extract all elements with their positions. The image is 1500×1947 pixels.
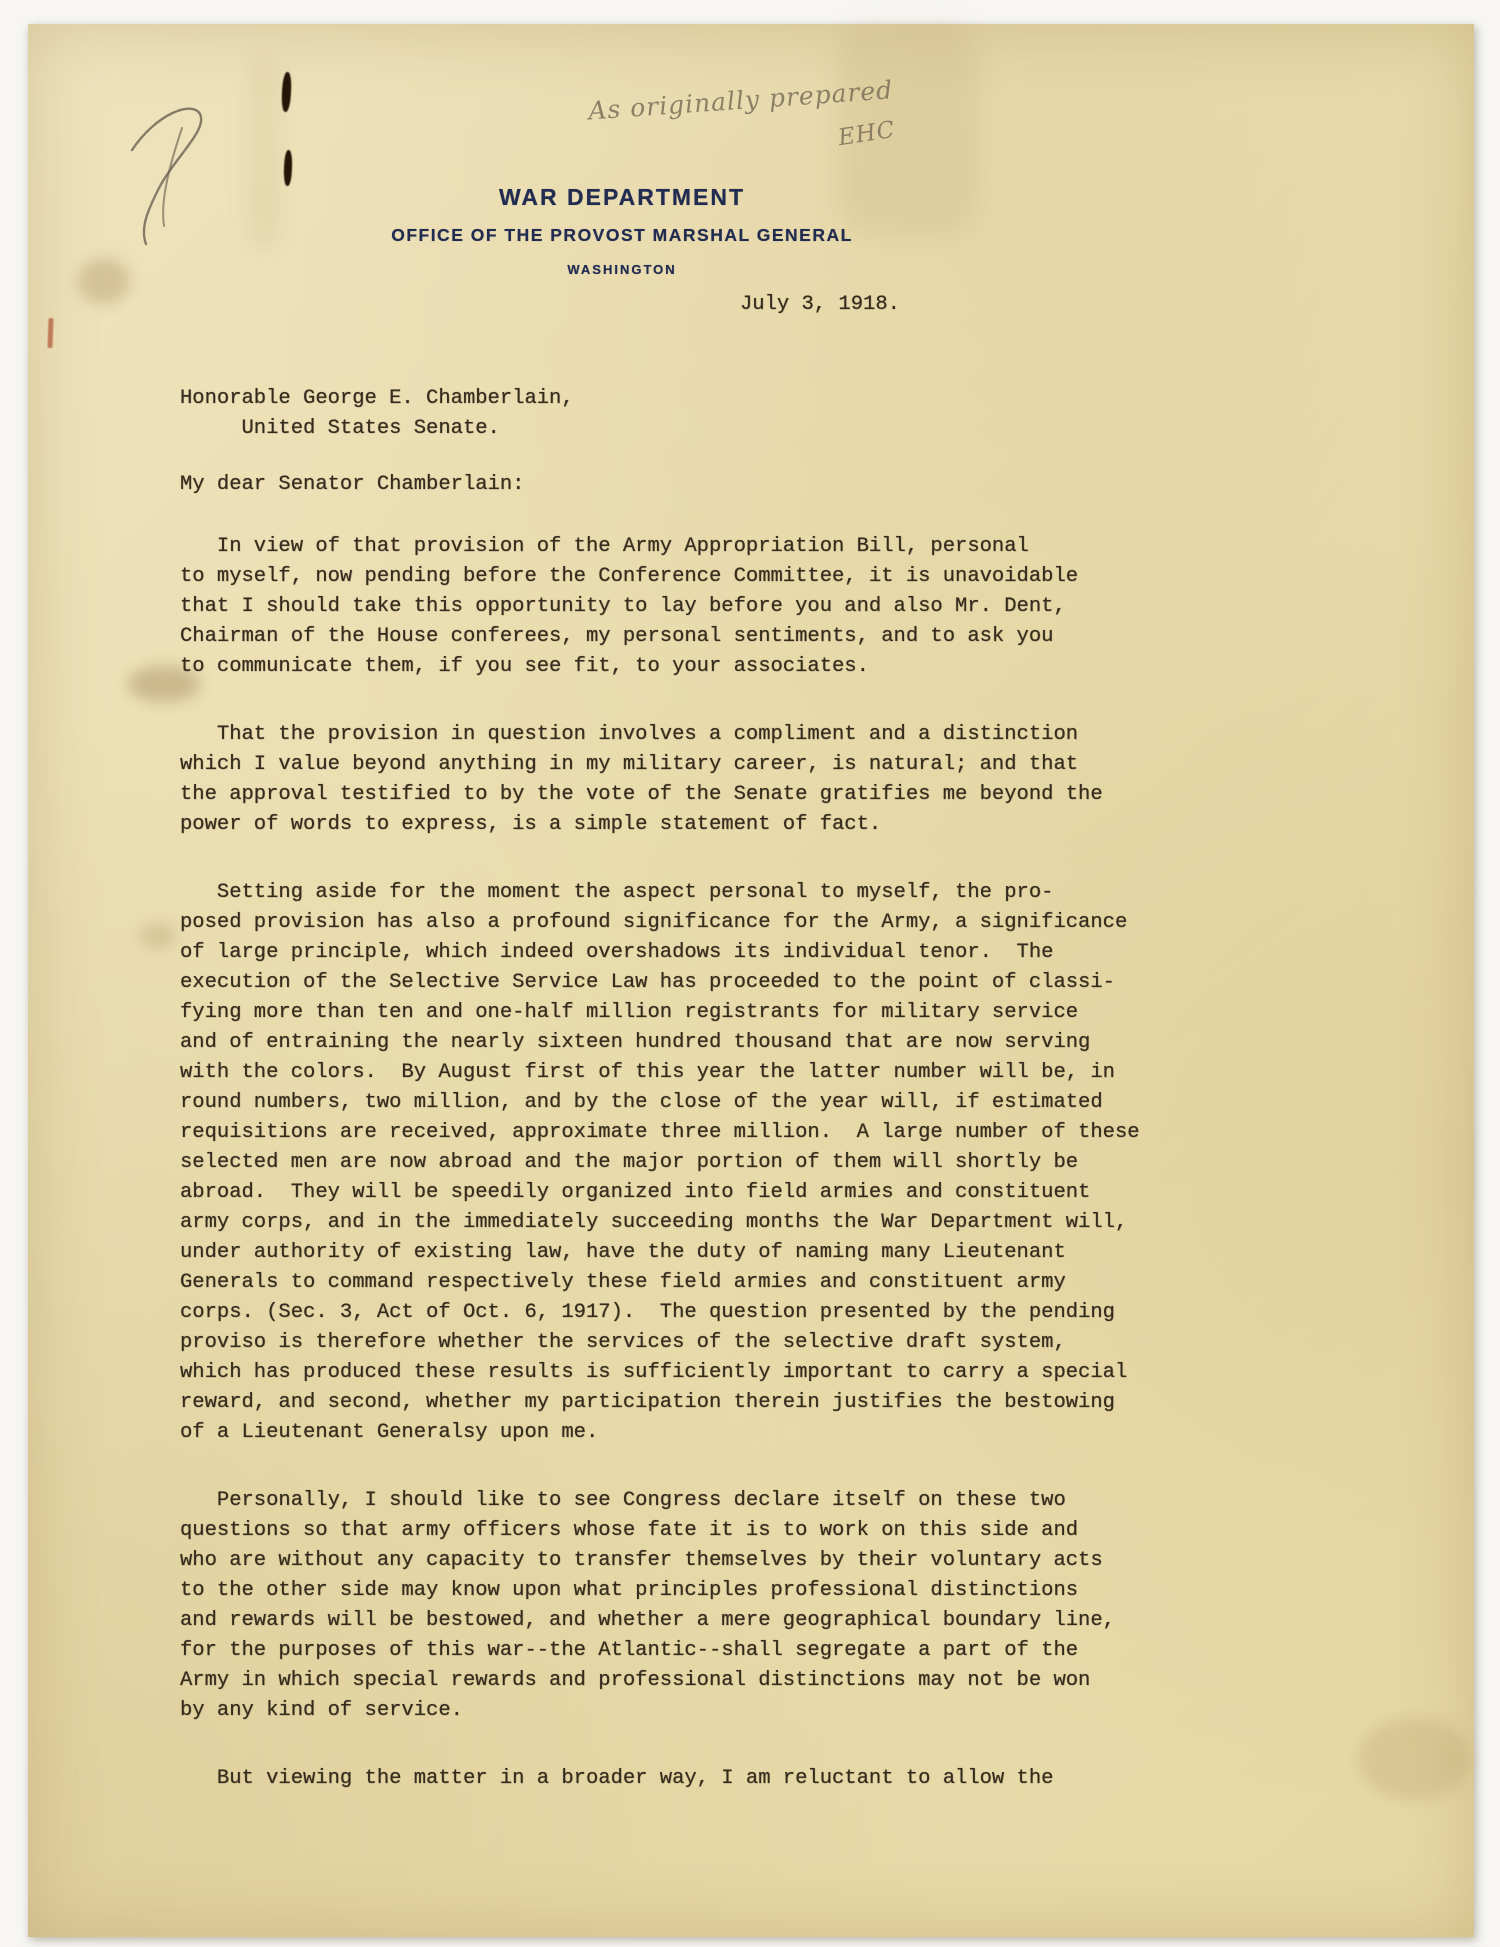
letter-paragraph: But viewing the matter in a broader way,… (180, 1764, 1140, 1794)
letter-paragraph: Setting aside for the moment the aspect … (180, 878, 1140, 1448)
letter-salutation: My dear Senator Chamberlain: (180, 470, 524, 500)
letterhead-office: OFFICE OF THE PROVOST MARSHAL GENERAL (172, 225, 1072, 245)
scanned-letter-page: { "annotations": { "pencil_note": "As or… (0, 0, 1500, 1947)
letter-paragraph: In view of that provision of the Army Ap… (180, 532, 1140, 682)
letter-recipient: Honorable George E. Chamberlain, United … (180, 384, 574, 444)
letter-body: In view of that provision of the Army Ap… (180, 532, 1140, 1832)
red-pencil-mark (47, 318, 53, 348)
letterhead-department: WAR DEPARTMENT (172, 184, 1072, 210)
letter-paragraph: Personally, I should like to see Congres… (180, 1486, 1140, 1726)
letterhead-city: WASHINGTON (172, 262, 1072, 277)
letter-paragraph: That the provision in question involves … (180, 720, 1140, 840)
letter-date: July 3, 1918. (740, 290, 900, 320)
letterhead: WAR DEPARTMENT OFFICE OF THE PROVOST MAR… (172, 184, 1072, 277)
